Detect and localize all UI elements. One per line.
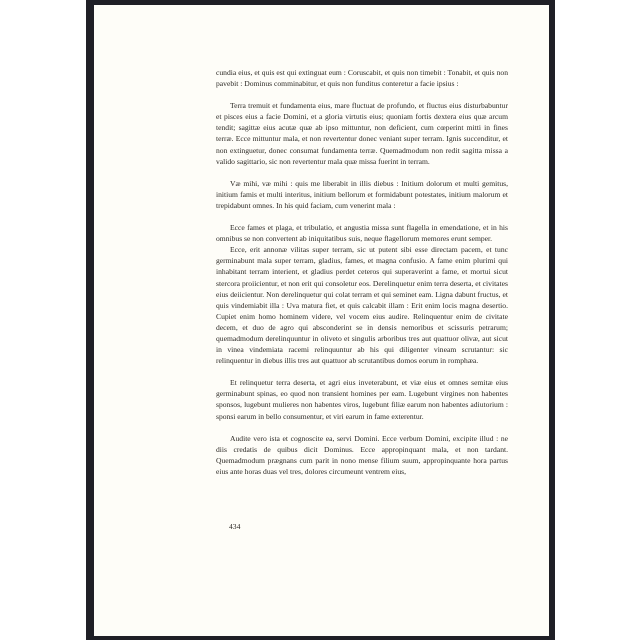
text-block: cundia eius, et quis est qui extinguat e… <box>216 67 508 488</box>
paragraph: Et relinquetur terra deserta, et agri ei… <box>216 377 508 421</box>
page-number: 434 <box>229 522 240 531</box>
paragraph: Audite vero ista et cognoscite ea, servi… <box>216 433 508 477</box>
paragraph: Ecce fames et plaga, et tribulatio, et a… <box>216 222 508 244</box>
paragraph: Ecce, erit annonæ vilitas super terram, … <box>216 244 508 366</box>
paragraph: Terra tremuit et fundamenta eius, mare f… <box>216 100 508 167</box>
paragraph: Væ mihi, væ mihi : quis me liberabit in … <box>216 178 508 211</box>
paragraph: cundia eius, et quis est qui extinguat e… <box>216 67 508 89</box>
